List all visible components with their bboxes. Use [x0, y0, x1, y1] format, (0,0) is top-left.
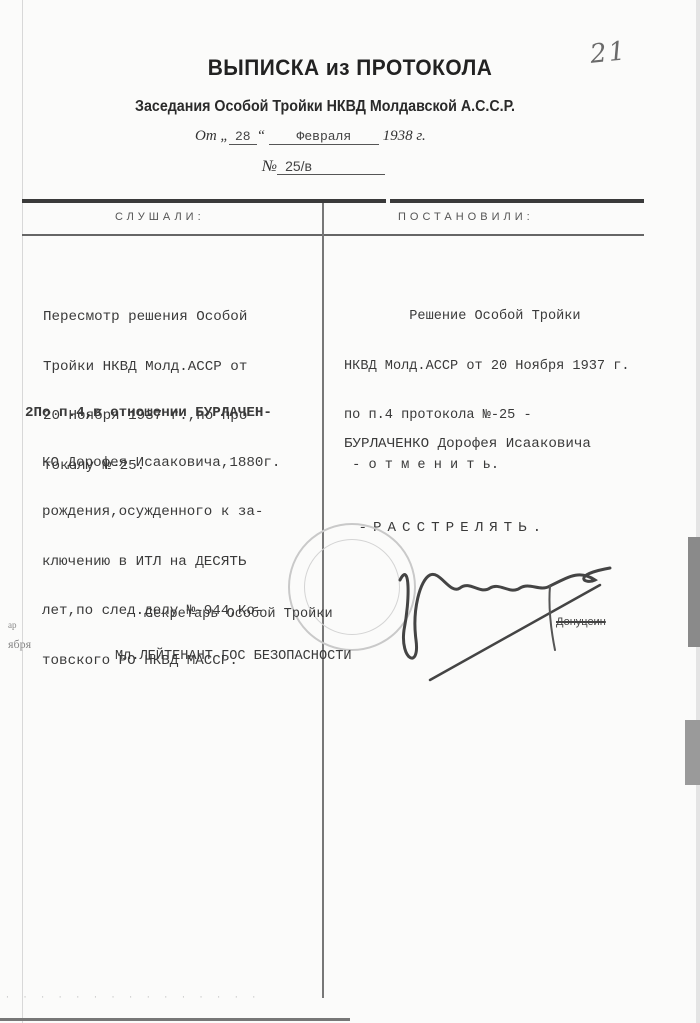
binder-tab: [688, 537, 700, 647]
table-top-rule: [22, 199, 644, 203]
document-title: ВЫПИСКА из ПРОТОКОЛА: [18, 55, 683, 81]
text-line: БУРЛАЧЕНКО Дорофея Исааковича: [344, 430, 591, 458]
date-month: Февраля: [269, 129, 379, 145]
number-prefix: №: [262, 158, 277, 175]
date-prefix: От: [195, 128, 217, 144]
date-day: 28: [229, 129, 257, 145]
rule-gap: [386, 199, 390, 203]
page-right-edge: [696, 0, 700, 1023]
heard-column-header: СЛУШАЛИ:: [115, 211, 205, 223]
secretary-title: Секретарь Особой Тройки: [115, 608, 352, 622]
handwritten-signature: [380, 540, 650, 690]
scan-noise: · · · · · · · · · · · · · · ·: [5, 993, 260, 1002]
date-line: От „28“ Февраля 1938 г.: [195, 128, 426, 145]
text-line: рождения,осужденного к за-: [25, 504, 280, 521]
text-line: ключению в ИТЛ на ДЕСЯТЬ: [25, 554, 280, 571]
document-subtitle: Заседания Особой Тройки НКВД Молдавской …: [26, 98, 624, 116]
text-line: КО Дорофея Исааковича,1880г.: [25, 455, 280, 472]
page-left-edge: [22, 0, 23, 1023]
decided-column-header: ПОСТАНОВИЛИ:: [398, 211, 534, 223]
signature-block: Секретарь Особой Тройки Мл.ЛЕЙТЕНАНТ ГОС…: [115, 580, 352, 692]
text-line: НКВД Молд.АССР от 20 Ноября 1937 г.: [344, 359, 630, 376]
struck-name: Донуцеин: [556, 616, 606, 628]
secretary-rank: Мл.ЛЕЙТЕНАНТ ГОС БЕЗОПАСНОСТИ: [115, 650, 352, 664]
margin-note: ар: [8, 620, 17, 630]
table-header-rule: [22, 234, 644, 236]
margin-note: ября: [8, 637, 31, 652]
protocol-number: 25/в: [277, 158, 385, 175]
binder-tab: [685, 720, 700, 785]
text-line: 2По п.4,в отношении БУРЛАЧЕН-: [25, 405, 280, 422]
page-bottom-edge: [0, 1018, 350, 1021]
protocol-number-line: №25/в: [262, 158, 385, 176]
date-year: 1938 г.: [383, 128, 426, 144]
text-line: Пересмотр решения Особой: [43, 309, 256, 326]
text-line: Решение Особой Тройки: [344, 309, 630, 326]
document-page: 21 ВЫПИСКА из ПРОТОКОЛА Заседания Особой…: [0, 0, 700, 1023]
